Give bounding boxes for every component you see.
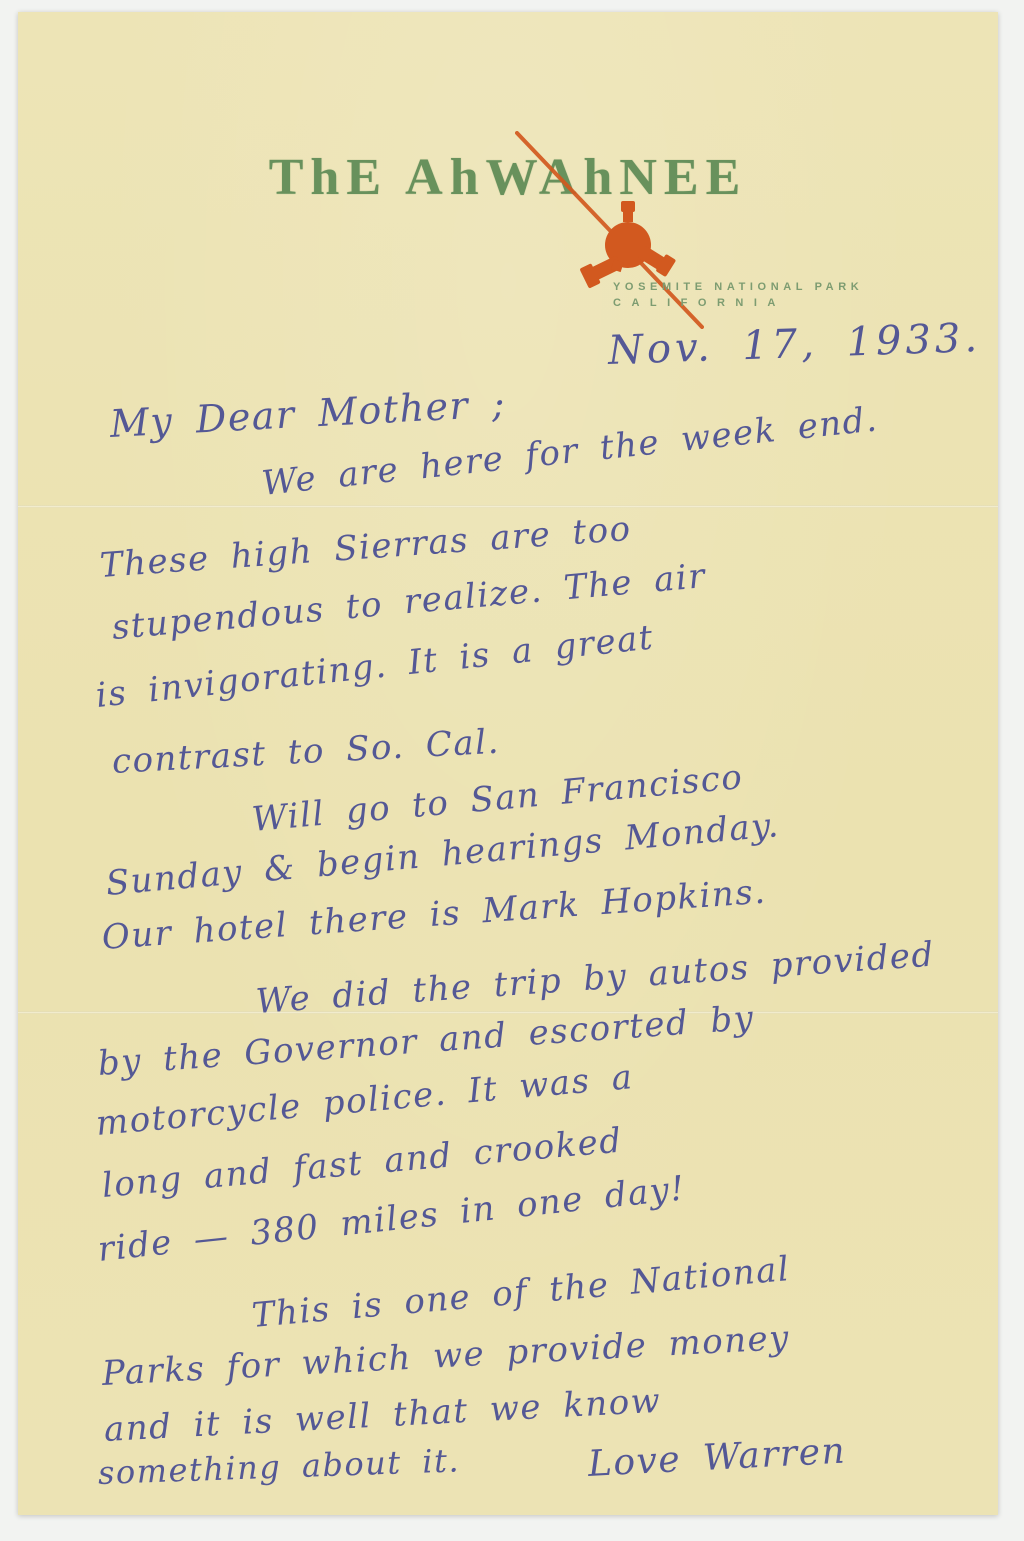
hotel-name-title: ThE AhWAhNEE bbox=[18, 148, 998, 207]
fold-crease bbox=[18, 505, 998, 508]
location-park-line: YOSEMITE NATIONAL PARK bbox=[613, 281, 863, 293]
scanned-letter-page: ThE AhWAhNEE YOSEMITE NATIONAL PARK CALI… bbox=[0, 0, 1024, 1541]
location-state-line: CALIFORNIA bbox=[613, 297, 786, 309]
fold-crease bbox=[18, 1011, 998, 1014]
